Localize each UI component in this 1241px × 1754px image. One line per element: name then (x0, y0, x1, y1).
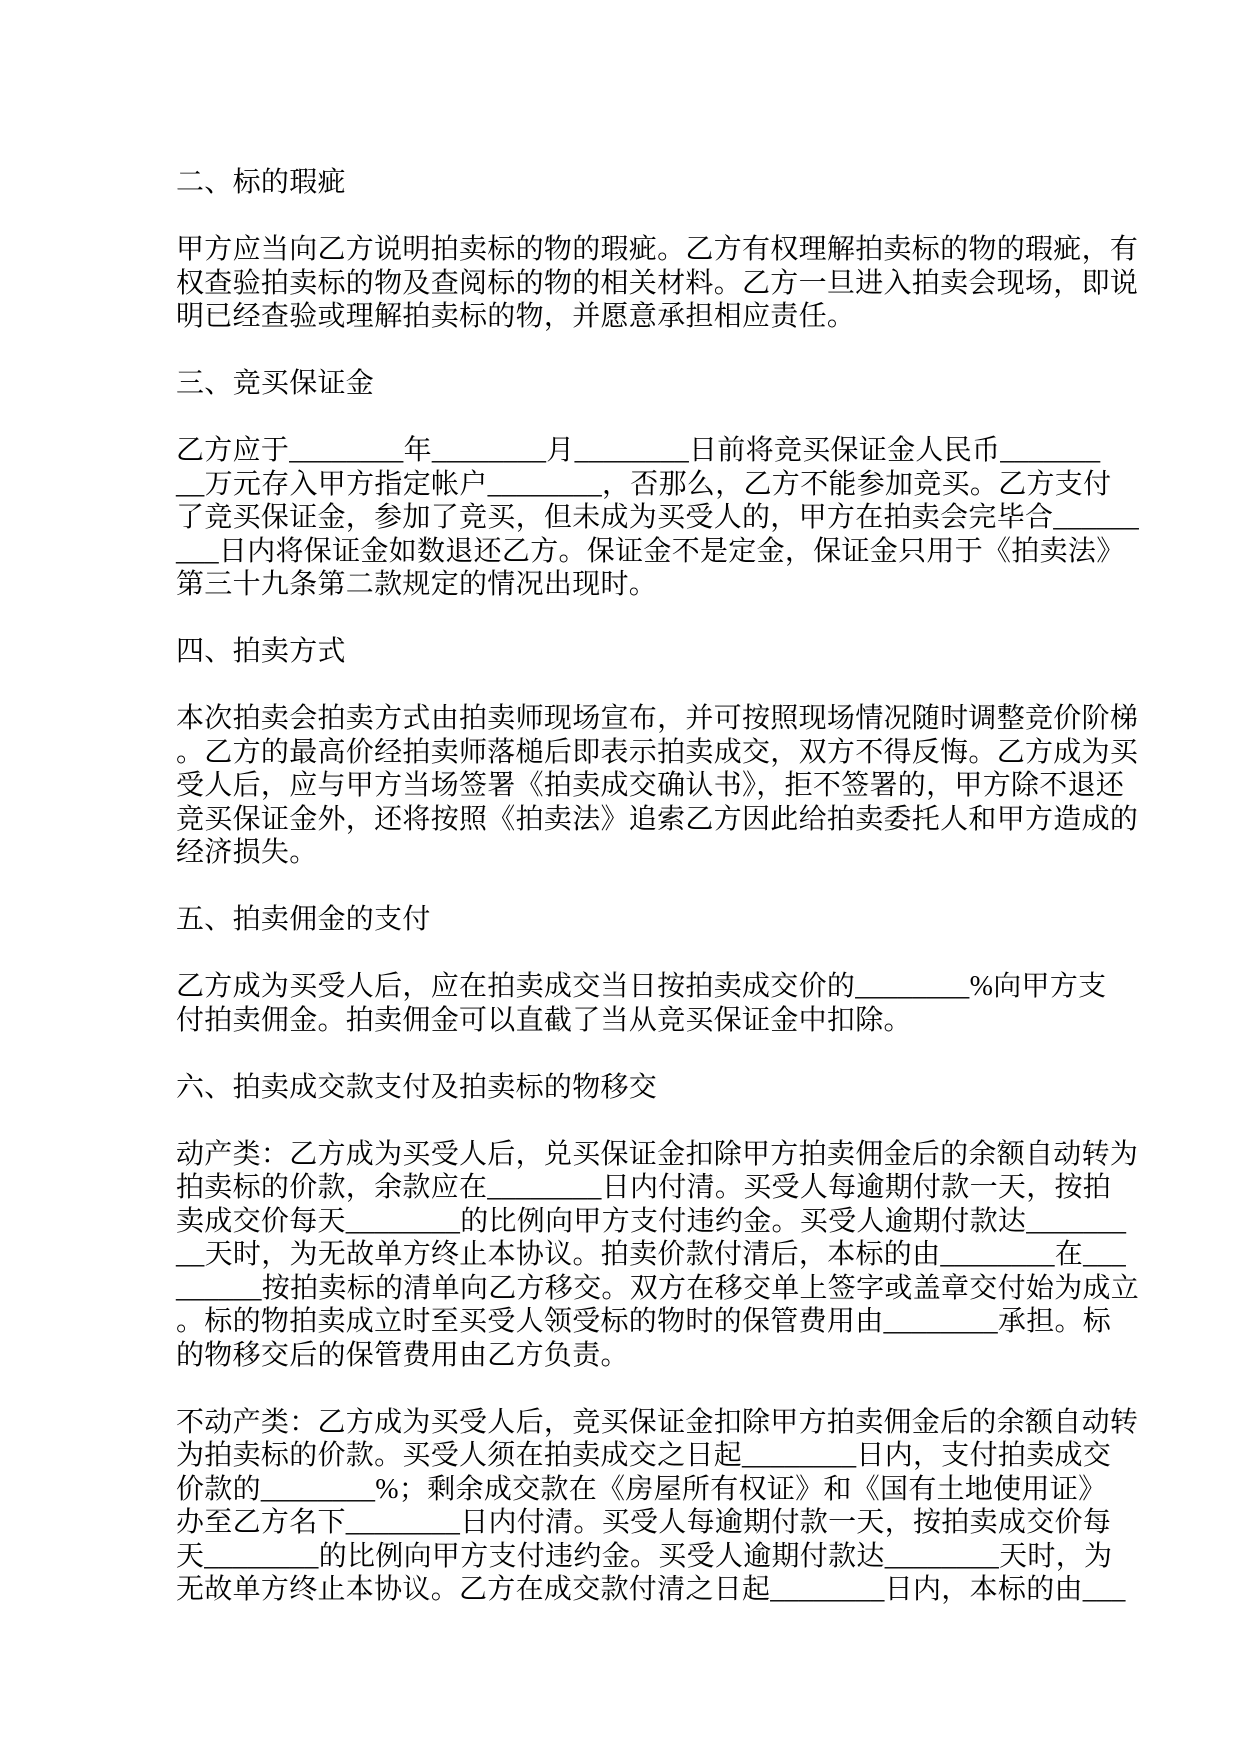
section-heading-line: 六、拍卖成交款支付及拍卖标的物移交 (176, 1071, 1081, 1105)
contract-text: 二、标的瑕疵甲方应当向乙方说明拍卖标的物的瑕疵。乙方有权理解拍卖标的物的瑕疵，有… (176, 166, 1081, 1607)
text-line: 的物移交后的保管费用由乙方负责。 (176, 1339, 1081, 1373)
text-line: 乙方应于________年________月________日前将竞买保证金人民… (176, 434, 1081, 468)
text-line: 受人后，应与甲方当场签署《拍卖成交确认书》，拒不签署的，甲方除不退还 (176, 769, 1081, 803)
section-6-movable-property-body: 动产类：乙方成为买受人后，兑买保证金扣除甲方拍卖佣金后的余额自动转为拍卖标的价款… (176, 1138, 1081, 1373)
text-line: 了竞买保证金，参加了竞买，但未成为买受人的，甲方在拍卖会完毕合______ (176, 501, 1081, 535)
text-line: 竞买保证金外，还将按照《拍卖法》追索乙方因此给拍卖委托人和甲方造成的 (176, 803, 1081, 837)
section-heading-line: 二、标的瑕疵 (176, 166, 1081, 200)
text-line: 不动产类：乙方成为买受人后，竞买保证金扣除甲方拍卖佣金后的余额自动转 (176, 1406, 1081, 1440)
text-line: 乙方成为买受人后，应在拍卖成交当日按拍卖成交价的________%向甲方支 (176, 970, 1081, 1004)
text-line: ___日内将保证金如数退还乙方。保证金不是定金，保证金只用于《拍卖法》 (176, 535, 1081, 569)
section-4-body: 本次拍卖会拍卖方式由拍卖师现场宣布，并可按照现场情况随时调整竞价阶梯。乙方的最高… (176, 702, 1081, 870)
text-line: __万元存入甲方指定帐户________，否那么，乙方不能参加竞买。乙方支付 (176, 468, 1081, 502)
section-heading-line: 四、拍卖方式 (176, 635, 1081, 669)
text-line: 为拍卖标的价款。买受人须在拍卖成交之日起________日内，支付拍卖成交 (176, 1439, 1081, 1473)
section-2-body: 甲方应当向乙方说明拍卖标的物的瑕疵。乙方有权理解拍卖标的物的瑕疵，有权查验拍卖标… (176, 233, 1081, 334)
text-line: 付拍卖佣金。拍卖佣金可以直截了当从竞买保证金中扣除。 (176, 1004, 1081, 1038)
text-line: 明已经查验或理解拍卖标的物，并愿意承担相应责任。 (176, 300, 1081, 334)
text-line: 无故单方终止本协议。乙方在成交款付清之日起________日内，本标的由___ (176, 1573, 1081, 1607)
text-line: ______按拍卖标的清单向乙方移交。双方在移交单上签字或盖章交付始为成立 (176, 1272, 1081, 1306)
text-line: 。乙方的最高价经拍卖师落槌后即表示拍卖成交，双方不得反悔。乙方成为买 (176, 736, 1081, 770)
section-3-heading: 三、竞买保证金 (176, 367, 1081, 401)
text-line: 第三十九条第二款规定的情况出现时。 (176, 568, 1081, 602)
text-line: 本次拍卖会拍卖方式由拍卖师现场宣布，并可按照现场情况随时调整竞价阶梯 (176, 702, 1081, 736)
section-4-heading: 四、拍卖方式 (176, 635, 1081, 669)
section-5-body: 乙方成为买受人后，应在拍卖成交当日按拍卖成交价的________%向甲方支付拍卖… (176, 970, 1081, 1037)
text-line: 卖成交价每天________的比例向甲方支付违约金。买受人逾期付款达______… (176, 1205, 1081, 1239)
text-line: 权查验拍卖标的物及查阅标的物的相关材料。乙方一旦进入拍卖会现场，即说 (176, 267, 1081, 301)
section-2-heading: 二、标的瑕疵 (176, 166, 1081, 200)
text-line: 拍卖标的价款，余款应在________日内付清。买受人每逾期付款一天，按拍 (176, 1171, 1081, 1205)
section-6-immovable-property-body: 不动产类：乙方成为买受人后，竞买保证金扣除甲方拍卖佣金后的余额自动转为拍卖标的价… (176, 1406, 1081, 1607)
text-line: 甲方应当向乙方说明拍卖标的物的瑕疵。乙方有权理解拍卖标的物的瑕疵，有 (176, 233, 1081, 267)
text-line: __天时，为无故单方终止本协议。拍卖价款付清后，本标的由________在___ (176, 1238, 1081, 1272)
text-line: 动产类：乙方成为买受人后，兑买保证金扣除甲方拍卖佣金后的余额自动转为 (176, 1138, 1081, 1172)
text-line: 经济损失。 (176, 836, 1081, 870)
section-5-heading: 五、拍卖佣金的支付 (176, 903, 1081, 937)
text-line: 办至乙方名下________日内付清。买受人每逾期付款一天，按拍卖成交价每 (176, 1506, 1081, 1540)
text-line: 。标的物拍卖成立时至买受人领受标的物时的保管费用由________承担。标 (176, 1305, 1081, 1339)
text-line: 天________的比例向甲方支付违约金。买受人逾期付款达________天时，… (176, 1540, 1081, 1574)
text-line: 价款的________%；剩余成交款在《房屋所有权证》和《国有土地使用证》 (176, 1473, 1081, 1507)
section-3-body: 乙方应于________年________月________日前将竞买保证金人民… (176, 434, 1081, 602)
section-6-heading: 六、拍卖成交款支付及拍卖标的物移交 (176, 1071, 1081, 1105)
section-heading-line: 三、竞买保证金 (176, 367, 1081, 401)
section-heading-line: 五、拍卖佣金的支付 (176, 903, 1081, 937)
